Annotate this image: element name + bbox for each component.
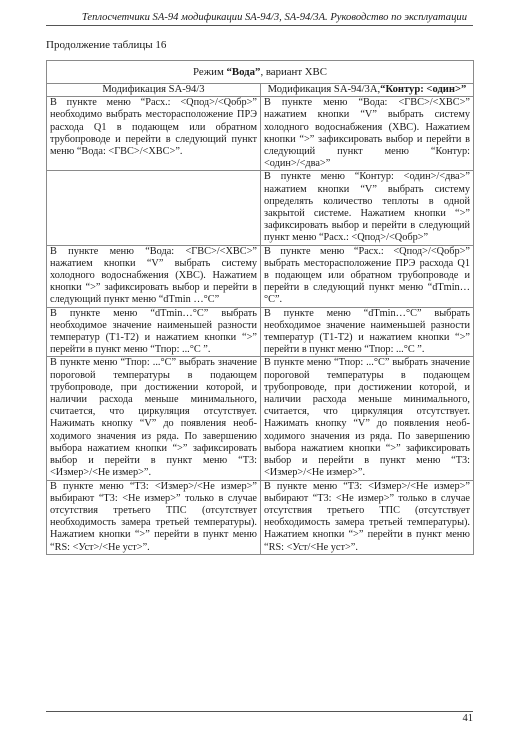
cell-text: В пункте меню “Контур: <один>/<два>” наж… [264,171,470,244]
table-cell: В пункте меню “Расх.: <Qпод>/<Qобр>” выб… [261,245,474,307]
table-caption: Продолжение таблицы 16 [46,39,166,51]
cell-text: В пункте меню “dTmin…°C” выбрать необход… [50,308,257,357]
column-header-sa94-3a: Модификация SA-94/3А,“Контур: <один>” [261,84,474,97]
column-label-bold: “Контур: <один>” [380,84,466,95]
column-header-sa94-3: Модификация SA-94/3 [47,84,261,97]
table-cell: В пункте меню “Контур: <один>/<два>” наж… [261,171,474,245]
table-cell: В пункте меню “Т3: <Измер>/<Не измер>” в… [261,480,474,554]
cell-text: В пункте меню “Расх.: <Qпод>/<Qобр>” выб… [264,246,470,307]
table-cell: В пункте меню “Тпор: ...°C” выбрать знач… [261,357,474,480]
table-row: В пункте меню “Расх.: <Qпод>/<Qобр>” нео… [47,97,474,171]
table-row: В пункте меню “Тпор: ...°C” выбрать знач… [47,357,474,480]
table-row: В пункте меню “Контур: <один>/<два>” наж… [47,171,474,245]
header-rule [46,25,473,26]
table-cell: В пункте меню “Тпор: ...°C” выбрать знач… [47,357,261,480]
table-cell: В пункте меню “dTmin…°C” выбрать необход… [261,307,474,357]
cell-text: В пункте меню “Т3: <Измер>/<Не измер>” в… [50,481,257,554]
column-label: Модификация SA-94/3 [102,84,204,95]
table-16: Режим “Вода”, вариант ХВС Модификация SA… [46,60,474,555]
table-title: Режим “Вода”, вариант ХВС [47,61,474,84]
column-label: Модификация SA-94/3А, [268,84,381,95]
table-cell: В пункте меню “Вода: <ГВС>/<ХВС>” нажати… [261,97,474,171]
title-bold: “Вода” [226,66,260,78]
table-cell: В пункте меню “Т3: <Измер>/<Не измер>” в… [47,480,261,554]
table-title-row: Режим “Вода”, вариант ХВС [47,61,474,84]
cell-text: В пункте меню “Вода: <ГВС>/<ХВС>” нажати… [264,97,470,170]
page-number: 41 [440,713,473,724]
table-cell: В пункте меню “Расх.: <Qпод>/<Qобр>” нео… [47,97,261,171]
table-cell: В пункте меню “dTmin…°C” выбрать необход… [47,307,261,357]
table-row: В пункте меню “dTmin…°C” выбрать необход… [47,307,474,357]
table-row: В пункте меню “Вода: <ГВС>/<ХВС>” нажати… [47,245,474,307]
title-prefix: Режим [193,66,226,78]
cell-text: В пункте меню “Тпор: ...°C” выбрать знач… [50,357,257,479]
cell-text: В пункте меню “Тпор: ...°C” выбрать знач… [264,357,470,479]
column-header-row: Модификация SA-94/3 Модификация SA-94/3А… [47,84,474,97]
footer-rule [46,711,473,712]
cell-text: В пункте меню “Т3: <Измер>/<Не измер>” в… [264,481,470,554]
table-cell [47,171,261,245]
table-cell: В пункте меню “Вода: <ГВС>/<ХВС>” нажати… [47,245,261,307]
cell-text: В пункте меню “Расх.: <Qпод>/<Qобр>” нео… [50,97,257,158]
cell-text: В пункте меню “dTmin…°C” выбрать необход… [264,308,470,357]
table-row: В пункте меню “Т3: <Измер>/<Не измер>” в… [47,480,474,554]
title-suffix: , вариант ХВС [260,66,327,78]
running-header: Теплосчетчики SA-94 модификации SA-94/3,… [46,12,473,23]
cell-text: В пункте меню “Вода: <ГВС>/<ХВС>” нажати… [50,246,257,307]
